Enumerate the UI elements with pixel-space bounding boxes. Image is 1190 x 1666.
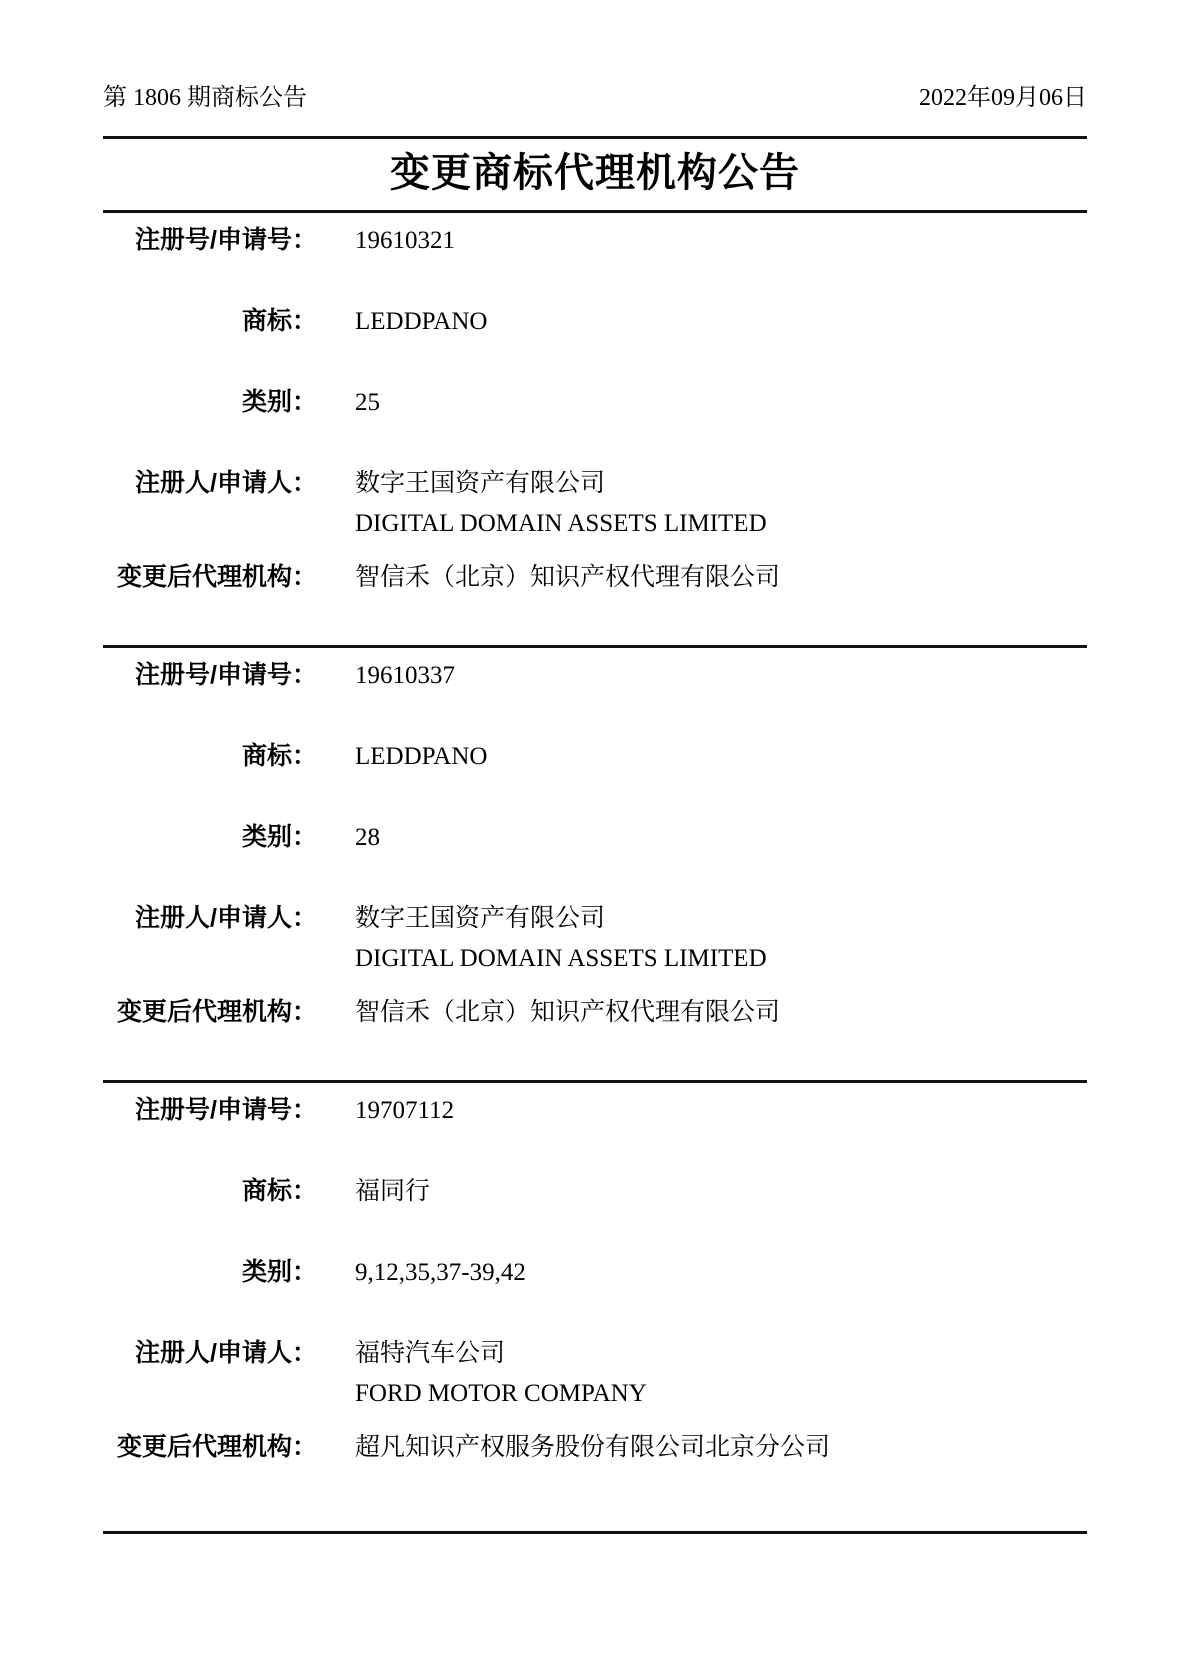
field-value-trademark: 福同行 xyxy=(355,1179,430,1205)
field-value-agency: 智信禾（北京）知识产权代理有限公司 xyxy=(355,565,780,591)
registrant-name-en: FORD MOTOR COMPANY xyxy=(355,1381,647,1407)
field-label-agency: 变更后代理机构： xyxy=(103,1434,317,1460)
field-label-registrant: 注册人/申请人： xyxy=(103,1340,317,1366)
field-row-class: 类别： 25 xyxy=(103,389,1087,416)
field-row-registrant: 注册人/申请人： 数字王国资产有限公司 DIGITAL DOMAIN ASSET… xyxy=(103,470,1087,537)
bottom-rule xyxy=(103,1531,1087,1534)
field-label-regno: 注册号/申请号： xyxy=(103,662,317,688)
document-page: 第 1806 期商标公告 2022年09月06日 变更商标代理机构公告 注册号/… xyxy=(0,0,1190,1666)
gazette-date: 2022年09月06日 xyxy=(919,84,1087,112)
field-value-regno: 19610337 xyxy=(355,663,455,689)
field-value-class: 9,12,35,37-39,42 xyxy=(355,1260,526,1286)
field-label-class: 类别： xyxy=(103,389,317,415)
field-label-class: 类别： xyxy=(103,824,317,850)
field-row-regno: 注册号/申请号： 19610337 xyxy=(103,662,1087,689)
field-row-trademark: 商标： 福同行 xyxy=(103,1178,1087,1205)
gazette-issue-title: 第 1806 期商标公告 xyxy=(103,84,307,112)
field-label-regno: 注册号/申请号： xyxy=(103,227,317,253)
field-value-agency: 智信禾（北京）知识产权代理有限公司 xyxy=(355,1000,780,1026)
trademark-record-1: 注册号/申请号： 19610321 商标： LEDDPANO 类别： 25 注册… xyxy=(103,213,1087,591)
field-value-regno: 19707112 xyxy=(355,1098,454,1124)
field-row-class: 类别： 9,12,35,37-39,42 xyxy=(103,1259,1087,1286)
field-value-regno: 19610321 xyxy=(355,228,455,254)
field-label-regno: 注册号/申请号： xyxy=(103,1097,317,1123)
registrant-name-en: DIGITAL DOMAIN ASSETS LIMITED xyxy=(355,946,767,972)
trademark-record-3: 注册号/申请号： 19707112 商标： 福同行 类别： 9,12,35,37… xyxy=(103,1083,1087,1461)
field-label-trademark: 商标： xyxy=(103,308,317,334)
field-value-registrant: 数字王国资产有限公司 DIGITAL DOMAIN ASSETS LIMITED xyxy=(355,471,767,537)
field-row-trademark: 商标： LEDDPANO xyxy=(103,308,1087,335)
registrant-name-cn: 数字王国资产有限公司 xyxy=(355,906,767,932)
field-label-trademark: 商标： xyxy=(103,1178,317,1204)
field-row-regno: 注册号/申请号： 19610321 xyxy=(103,227,1087,254)
field-label-agency: 变更后代理机构： xyxy=(103,564,317,590)
registrant-name-cn: 福特汽车公司 xyxy=(355,1341,647,1367)
field-row-registrant: 注册人/申请人： 数字王国资产有限公司 DIGITAL DOMAIN ASSET… xyxy=(103,905,1087,972)
trademark-record-2: 注册号/申请号： 19610337 商标： LEDDPANO 类别： 28 注册… xyxy=(103,648,1087,1026)
registrant-name-cn: 数字王国资产有限公司 xyxy=(355,471,767,497)
field-row-registrant: 注册人/申请人： 福特汽车公司 FORD MOTOR COMPANY xyxy=(103,1340,1087,1407)
field-row-regno: 注册号/申请号： 19707112 xyxy=(103,1097,1087,1124)
field-value-registrant: 福特汽车公司 FORD MOTOR COMPANY xyxy=(355,1341,647,1407)
field-value-trademark: LEDDPANO xyxy=(355,309,487,335)
field-row-agency: 变更后代理机构： 智信禾（北京）知识产权代理有限公司 xyxy=(103,564,1087,591)
field-label-trademark: 商标： xyxy=(103,743,317,769)
header-rule xyxy=(103,136,1087,139)
field-value-class: 25 xyxy=(355,390,380,416)
field-label-registrant: 注册人/申请人： xyxy=(103,905,317,931)
field-label-registrant: 注册人/申请人： xyxy=(103,470,317,496)
field-label-agency: 变更后代理机构： xyxy=(103,999,317,1025)
field-row-trademark: 商标： LEDDPANO xyxy=(103,743,1087,770)
registrant-name-en: DIGITAL DOMAIN ASSETS LIMITED xyxy=(355,511,767,537)
field-row-agency: 变更后代理机构： 智信禾（北京）知识产权代理有限公司 xyxy=(103,999,1087,1026)
document-header: 第 1806 期商标公告 2022年09月06日 xyxy=(103,84,1087,112)
field-value-agency: 超凡知识产权服务股份有限公司北京分公司 xyxy=(355,1435,830,1461)
field-row-agency: 变更后代理机构： 超凡知识产权服务股份有限公司北京分公司 xyxy=(103,1434,1087,1461)
field-value-trademark: LEDDPANO xyxy=(355,744,487,770)
field-value-class: 28 xyxy=(355,825,380,851)
field-row-class: 类别： 28 xyxy=(103,824,1087,851)
page-title: 变更商标代理机构公告 xyxy=(103,149,1087,197)
field-value-registrant: 数字王国资产有限公司 DIGITAL DOMAIN ASSETS LIMITED xyxy=(355,906,767,972)
field-label-class: 类别： xyxy=(103,1259,317,1285)
